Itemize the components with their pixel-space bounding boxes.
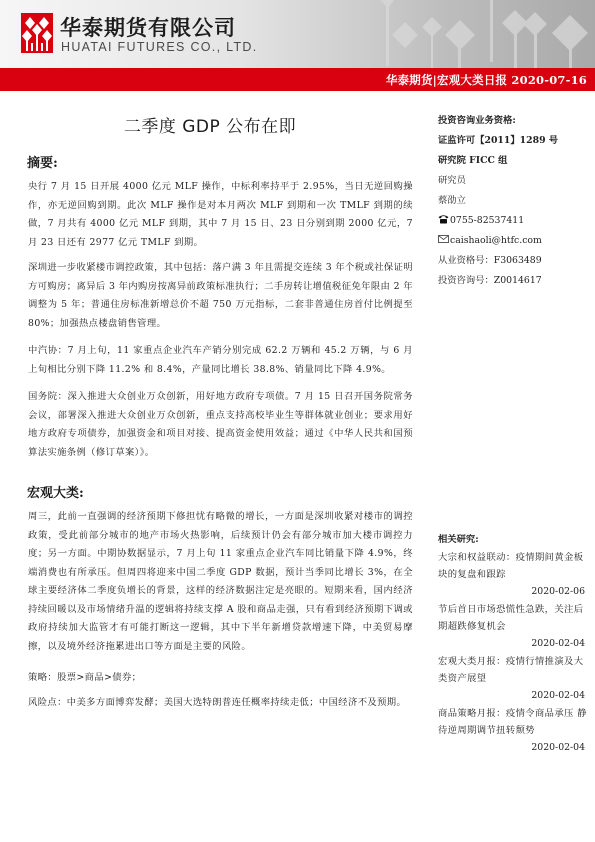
related-item-date: 2020-02-04	[438, 635, 588, 653]
analyst-name: 蔡劭立	[438, 191, 588, 211]
research-group: 研究院 FICC 组	[438, 151, 588, 171]
envelope-icon	[438, 234, 449, 244]
decorative-pattern-icon	[360, 0, 595, 68]
practice-number: 从业资格号：F3063489	[438, 251, 588, 271]
company-name-en: HUATAI FUTURES CO., LTD.	[61, 40, 257, 54]
related-item-date: 2020-02-04	[438, 687, 588, 705]
related-item-date: 2020-02-04	[438, 739, 588, 757]
macro-paragraph-1: 周三，此前一直强调的经济预期下修担忧有略微的增长，一方面是深圳收紧对楼市的调控政…	[28, 508, 413, 656]
related-item-date: 2020-02-06	[438, 583, 588, 601]
related-item-title[interactable]: 商品策略月报：疫情令商品承压 静待逆周期调节扭转颓势	[438, 705, 588, 739]
email-row[interactable]: caishaoli@htfc.com	[438, 231, 588, 251]
summary-paragraph-1: 央行 7 月 15 日开展 4000 亿元 MLF 操作，中标利率持平于 2.9…	[28, 178, 413, 252]
phone-number: 0755-82537411	[450, 215, 524, 226]
summary-paragraph-4: 国务院：深入推进大众创业万众创新，用好地方政府专项债。7 月 15 日召开国务院…	[28, 388, 413, 462]
page-header: 华泰期货有限公司 HUATAI FUTURES CO., LTD.	[0, 0, 595, 68]
license-number: 证监许可【2011】1289 号	[438, 131, 588, 151]
qualification-label: 投资咨询业务资格:	[438, 111, 588, 131]
related-heading: 相关研究:	[438, 531, 588, 549]
related-item-title[interactable]: 节后首日市场恐慌性急跌，关注后期超跌修复机会	[438, 601, 588, 635]
company-name-cn: 华泰期货有限公司	[60, 12, 236, 42]
phone-row: 0755-82537411	[438, 211, 588, 231]
related-item-title[interactable]: 宏观大类月报：疫情行情推演及大类资产展望	[438, 653, 588, 687]
analyst-role: 研究员	[438, 171, 588, 191]
summary-paragraph-3: 中汽协：7 月上旬，11 家重点企业汽车产销分别完成 62.2 万辆和 45.2…	[28, 342, 413, 379]
page-title: 二季度 GDP 公布在即	[0, 112, 420, 137]
analyst-info: 投资咨询业务资格: 证监许可【2011】1289 号 研究院 FICC 组 研究…	[438, 111, 588, 291]
strategy-line: 策略：股票>商品>债券；	[28, 669, 413, 688]
phone-icon	[438, 214, 449, 224]
macro-heading: 宏观大类:	[27, 482, 84, 501]
risk-line: 风险点：中美多方面博弈发酵；美国大选特朗普连任概率持续走低；中国经济不及预期。	[28, 694, 413, 713]
related-item-title[interactable]: 大宗和权益联动：疫情期间黄金板块的复盘和跟踪	[438, 549, 588, 583]
email-link[interactable]: caishaoli@htfc.com	[450, 235, 542, 246]
summary-paragraph-2: 深圳进一步收紧楼市调控政策，其中包括：落户满 3 年且需提交连续 3 年个税或社…	[28, 259, 413, 333]
summary-heading: 摘要:	[27, 152, 58, 171]
consult-number: 投资咨询号：Z0014617	[438, 271, 588, 291]
report-banner-text: 华泰期货|宏观大类日报 2020-07-16	[386, 72, 587, 88]
huatai-logo-icon	[21, 13, 53, 53]
report-banner: 华泰期货|宏观大类日报 2020-07-16	[0, 68, 595, 91]
related-research: 相关研究: 大宗和权益联动：疫情期间黄金板块的复盘和跟踪 2020-02-06 …	[438, 531, 588, 757]
